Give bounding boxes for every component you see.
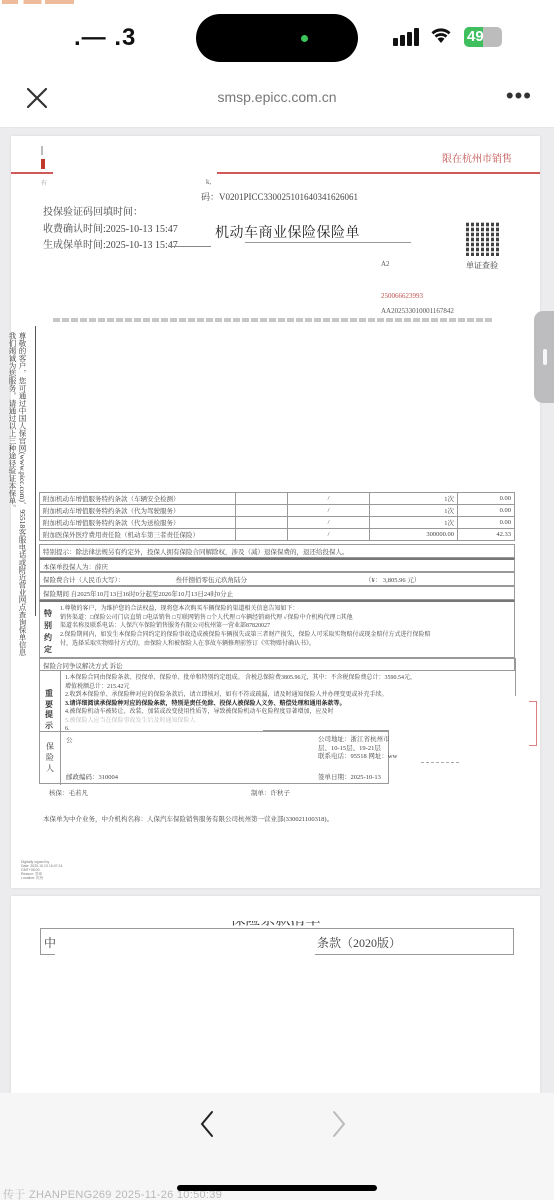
underwriter: 核保：毛若凡 — [49, 788, 88, 797]
title-rule — [245, 242, 411, 243]
coverage-cell-limit: 300000.00 — [370, 529, 458, 541]
divider — [60, 732, 61, 785]
logo-subtext: 有 — [41, 178, 47, 187]
pdf-viewer[interactable]: 有 限在杭州市销售 k, 码：V0201PICC3300251016403416… — [0, 128, 554, 1093]
coverage-cell-col3: / — [288, 505, 370, 517]
applicant-row: 本保单投保人为：薛庆 — [39, 558, 515, 572]
document-title: 机动车商业保险保险单 — [215, 222, 360, 242]
scroll-handle[interactable] — [534, 311, 554, 403]
verification-code: 码：V0201PICC330025101640341626061 — [201, 190, 358, 203]
redaction-mask — [55, 930, 315, 955]
special-terms: 特别约定 1.尊敬的客户，为维护您的合法权益，现将您本次购买车辆保险的渠道相关信… — [39, 600, 515, 658]
watermark-top — [2, 0, 74, 4]
coverage-cell-name: 附加机动车增值服务特约条款（代为送检服务） — [40, 517, 236, 529]
intermediary-note: 本保单为中介业务，中介机构名称：人保汽车保险销售服务有限公司杭州第一营业部(33… — [43, 814, 333, 823]
coverage-cell-limit: 1次 — [370, 517, 458, 529]
address-line: 公司地址：浙江省杭州市 — [318, 736, 397, 745]
wifi-icon — [430, 26, 452, 48]
camera-indicator-icon — [301, 35, 308, 42]
status-time: .— .3 — [74, 24, 136, 52]
qr-code-label: 单证查验 — [466, 260, 498, 271]
coverage-row: 附加机动车增值服务特约条款（车辆安全检测）/1次0.00 — [40, 493, 515, 505]
sign-date: 签单日期：2025-10-13 — [318, 772, 381, 781]
cellular-signal-icon — [393, 28, 421, 46]
pdf-page-1: 有 限在杭州市销售 k, 码：V0201PICC3300251016403416… — [11, 136, 540, 888]
coverage-cell-col3: / — [288, 529, 370, 541]
coverage-cell-col2 — [236, 529, 288, 541]
special-term-line: 2.保险期间内，如发生本保险合同约定的保险事故造成被保险车辆损失或第三者财产损失… — [60, 631, 511, 640]
special-term-line: 1.尊敬的客户，为维护您的合法权益，现将您本次购买车辆保险的渠道相关信息告知如下… — [60, 605, 511, 614]
coverage-table: 附加机动车增值服务特约条款（车辆安全检测）/1次0.00附加机动车增值服务特约条… — [39, 492, 515, 541]
home-indicator[interactable] — [177, 1185, 377, 1191]
policy-meta: 投保验证码回填时间： 收费确认时间:2025-10-13 15:47 生成保单时… — [43, 205, 178, 255]
policy-generated-time: 生成保单时间:2025-10-13 15:47 — [43, 238, 178, 255]
coverage-cell-name: 附加医保外医疗费用责任险（机动车第三者责任保险） — [40, 529, 236, 541]
coverage-cell-name: 附加机动车增值服务特约条款（代为驾驶服务） — [40, 505, 236, 517]
issuer: 制单：许秋子 — [251, 788, 290, 797]
coverage-cell-col2 — [236, 517, 288, 529]
special-term-line: 付，选择采取实物赔付方式的，由保险人和被保险人在事故车辆修理前签订《实物赔付确认… — [60, 640, 511, 649]
insurer-block: 保险人 公 公司地址：浙江省杭州市 层、10-15层、19-21层 联系电话：9… — [39, 731, 389, 784]
divider — [60, 671, 61, 731]
stamp-line: Location: 杭州 — [21, 876, 62, 880]
battery-icon: 49 — [464, 27, 502, 47]
insurer-label: 保险人 — [46, 741, 56, 774]
logo-mark — [41, 146, 43, 155]
clause-box-right: 条款（2020版） — [317, 934, 401, 951]
status-bar: .— .3 49 — [0, 0, 554, 75]
pdf-page-2: 保险条款清单 中 条款（2020版） — [11, 896, 540, 1093]
clause-box: 中 条款（2020版） — [40, 928, 514, 955]
coverage-cell-col3: / — [288, 493, 370, 505]
verify-fill-time: 投保验证码回填时间： — [43, 205, 178, 222]
seal-stamp-edge — [529, 701, 537, 746]
coverage-cell-name: 附加机动车增值服务特约条款（车辆安全检测） — [40, 493, 236, 505]
premium-total-words: 叁仟捌佰零伍元玖角陆分 — [176, 577, 248, 584]
coverage-cell-premium: 0.00 — [458, 493, 515, 505]
browser-toolbar: smsp.epicc.com.cn ••• — [0, 75, 554, 128]
redaction-mask — [229, 910, 319, 928]
premium-total-amount: （¥： 3,805.96 元） — [365, 575, 420, 584]
redaction-mask — [391, 696, 540, 756]
verification-prefix: k, — [206, 178, 211, 186]
battery-percent: 49 — [467, 28, 484, 45]
address-line: 层、10-15层、19-21层 — [318, 745, 397, 754]
url-display[interactable]: smsp.epicc.com.cn — [0, 89, 554, 105]
coverage-row: 附加机动车增值服务特约条款（代为驾驶服务）/1次0.00 — [40, 505, 515, 517]
digital-signature-stamp: Digitally signed by Date: 2025.10.13 15:… — [21, 860, 62, 880]
redaction-mask — [53, 151, 217, 205]
side-rule — [35, 326, 36, 616]
address-line: 联系电话：95518 网址：ww — [318, 753, 397, 762]
special-terms-body: 1.尊敬的客户，为维护您的合法权益，现将您本次购买车辆保险的渠道相关信息告知如下… — [60, 605, 511, 649]
premium-total-row: 保险费合计（人民币大写）： 叁仟捌佰零伍元玖角陆分 （¥： 3,805.96 元… — [39, 572, 515, 586]
important-notes-label: 重要提示 — [45, 689, 55, 731]
premium-total-label: 保险费合计（人民币大写）： — [43, 577, 124, 584]
policy-number-red: 250066623993 — [381, 292, 423, 300]
title-rule — [171, 246, 211, 247]
coverage-cell-premium: 0.00 — [458, 505, 515, 517]
sale-area-label: 限在杭州市销售 — [442, 150, 512, 165]
coverage-cell-premium: 0.00 — [458, 517, 515, 529]
coverage-cell-limit: 1次 — [370, 505, 458, 517]
chevron-left-icon — [198, 1109, 216, 1139]
picc-logo — [41, 159, 45, 169]
coverage-cell-col2 — [236, 505, 288, 517]
special-notice: 特别提示：除法律法规另有约定外，投保人拥有保险合同解除权，涉及（减）退保保费的，… — [39, 544, 515, 558]
coverage-cell-premium: 42.33 — [458, 529, 515, 541]
field-a2: A2 — [381, 260, 390, 268]
blurred-text — [421, 762, 461, 763]
blurred-notice-line — [53, 318, 493, 322]
coverage-cell-col3: / — [288, 517, 370, 529]
screen: .— .3 49 smsp.epicc.com.cn ••• 有 — [0, 0, 554, 1200]
policy-number: AA202533010001167842 — [381, 307, 454, 315]
chevron-right-icon — [330, 1109, 348, 1139]
more-icon: ••• — [506, 83, 532, 108]
coverage-cell-limit: 1次 — [370, 493, 458, 505]
forward-button[interactable] — [330, 1109, 348, 1145]
back-button[interactable] — [198, 1109, 216, 1145]
important-line: 增值税额总计：215.42元 — [65, 683, 515, 692]
dynamic-island — [196, 14, 358, 62]
postal-code: 邮政编码：310004 — [66, 772, 118, 781]
insurer-company: 公 — [66, 735, 73, 744]
coverage-cell-col2 — [236, 493, 288, 505]
coverage-row: 附加机动车增值服务特约条款（代为送检服务）/1次0.00 — [40, 517, 515, 529]
qr-code-icon[interactable] — [466, 222, 500, 256]
special-terms-label: 特别约定 — [44, 608, 54, 656]
insurance-period: 保险期间 自2025年10月13日16时0分起至2026年10月13日24时0分… — [39, 586, 515, 600]
insurer-address: 公司地址：浙江省杭州市 层、10-15层、19-21层 联系电话：95518 网… — [318, 736, 397, 762]
important-line: 1.本保险合同由保险条款、投保单、保险单、批单和特别约定组成。 含税总保险费38… — [65, 674, 515, 683]
payment-confirm-time: 收费确认时间:2025-10-13 15:47 — [43, 222, 178, 239]
dispute-resolution: 保险合同争议解决方式 诉讼 — [39, 658, 515, 671]
special-term-line: 渠道名称及联系电话：人保汽车保险销售服务有限公司杭州第一营业部87820027 — [60, 622, 511, 631]
more-button[interactable]: ••• — [506, 83, 532, 109]
coverage-row: 附加医保外医疗费用责任险（机动车第三者责任保险）/300000.0042.33 — [40, 529, 515, 541]
side-notice-2: 我们竭诚为您服务，请通过以上三种途径验证本保单。 — [3, 332, 17, 512]
special-term-line: 销售渠道：□保险公司门店直销 □电话销售 □互联网销售 □个人代理 □车辆经销商… — [60, 614, 511, 623]
bottom-navigation: 传于 ZHANPENG269 2025-11-26 10:50:39 — [0, 1093, 554, 1200]
